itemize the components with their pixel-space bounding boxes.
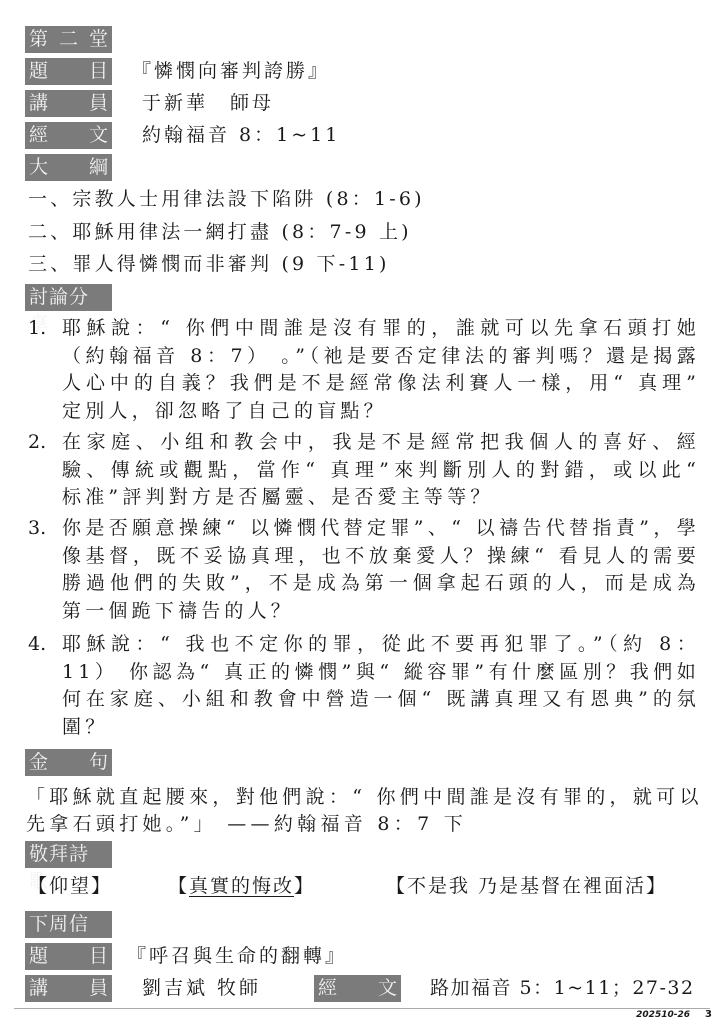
label-char: 員 xyxy=(89,975,108,1002)
label-char: 大 xyxy=(29,154,48,181)
label-char: 綱 xyxy=(89,154,108,181)
label-discussion: 討論分享 xyxy=(25,284,112,311)
bracket: 】 xyxy=(91,875,112,897)
label-scripture: 經 文 xyxy=(25,122,112,149)
label-char: 文 xyxy=(89,122,108,149)
golden-verse-text: 「耶穌就直起腰來，對他們說：“ 你們中間誰是沒有罪的，就可以先拿石頭打她。”」 … xyxy=(26,784,706,838)
label-char: 二 xyxy=(59,26,78,53)
label-char: 句 xyxy=(89,749,108,776)
song-name-underlined: 真實的悔改 xyxy=(189,875,294,897)
page-number: 3 xyxy=(705,1009,712,1020)
bracket: 【 xyxy=(28,875,49,897)
item-number: 4. xyxy=(28,631,46,659)
outline-item: 二、耶穌用律法一網打盡 (8：7-9 上) xyxy=(28,219,412,246)
outline-item: 三、罪人得憐憫而非審判 (9 下-11) xyxy=(28,251,390,278)
song-name: 不是我 乃是基督在裡面活 xyxy=(407,875,646,897)
label-char: 金 xyxy=(29,749,48,776)
label-char: 第 xyxy=(29,26,48,53)
label-next-scripture: 經 文 xyxy=(314,975,401,1002)
label-char: 講 xyxy=(29,90,48,117)
label-char: 經 xyxy=(318,975,337,1002)
label-char: 目 xyxy=(89,943,108,970)
label-title: 題 目 xyxy=(25,58,112,85)
bracket: 】 xyxy=(646,875,667,897)
label-char: 經 xyxy=(29,122,48,149)
discussion-item: 1. 耶穌說：“ 你們中間誰是沒有罪的，誰就可以先拿石頭打她 （約翰福音 8：7… xyxy=(28,315,700,425)
song-name: 仰望 xyxy=(49,875,91,897)
item-number: 2. xyxy=(28,429,46,457)
label-char: 堂 xyxy=(89,26,108,53)
discussion-item: 2. 在家庭、小组和教会中，我是不是經常把我個人的喜好、經驗、傳統或觀點，當作“… xyxy=(28,429,700,512)
label-next-week: 下周信息 xyxy=(25,911,112,938)
footer-divider xyxy=(14,1008,710,1009)
item-text: 你是否願意操練“ 以憐憫代替定罪”、“ 以禱告代替指責”，學像基督，既不妥協真理… xyxy=(62,515,700,625)
next-scripture-ref: 路加福音 5：1~11；27-32 xyxy=(430,975,695,1002)
discussion-item: 3. 你是否願意操練“ 以憐憫代替定罪”、“ 以禱告代替指責”，學像基督，既不妥… xyxy=(28,515,700,625)
scripture-ref: 約翰福音 8：1~11 xyxy=(142,122,340,149)
label-char: 文 xyxy=(378,975,397,1002)
item-number: 1. xyxy=(28,315,46,343)
item-text: 在家庭、小组和教会中，我是不是經常把我個人的喜好、經驗、傳統或觀點，當作“ 真理… xyxy=(62,429,700,512)
label-worship-songs: 敬拜詩歌 xyxy=(25,841,112,868)
label-speaker: 講 員 xyxy=(25,90,112,117)
label-char: 題 xyxy=(29,58,48,85)
outline-item: 一、宗教人士用律法設下陷阱 (8：1-6) xyxy=(28,186,425,213)
item-text: 耶穌說：“ 你們中間誰是沒有罪的，誰就可以先拿石頭打她 （約翰福音 8：7） 。… xyxy=(62,315,700,425)
label-char: 員 xyxy=(89,90,108,117)
bracket: 【 xyxy=(168,875,189,897)
song-item: 【不是我 乃是基督在裡面活】 xyxy=(386,873,667,900)
discussion-item: 4. 耶穌說：“ 我也不定你的罪，從此不要再犯罪了。”（約 8：11） 你認為“… xyxy=(28,631,700,741)
sermon-title: 『憐憫向審判誇勝』 xyxy=(132,58,330,85)
item-text: 耶穌說：“ 我也不定你的罪，從此不要再犯罪了。”（約 8：11） 你認為“ 真正… xyxy=(62,631,700,741)
speaker-name: 于新華 師母 xyxy=(142,90,274,117)
footer-date: 202510-26 xyxy=(636,1010,690,1020)
label-char: 題 xyxy=(29,943,48,970)
song-item: 【真實的悔改】 xyxy=(168,873,315,900)
label-char: 講 xyxy=(29,975,48,1002)
label-golden-verse: 金 句 xyxy=(25,749,112,776)
song-item: 【仰望】 xyxy=(28,873,112,900)
label-outline: 大 綱 xyxy=(25,154,112,181)
label-char: 目 xyxy=(89,58,108,85)
item-number: 3. xyxy=(28,515,46,543)
next-speaker-name: 劉吉斌 牧師 xyxy=(142,975,261,1002)
next-sermon-title: 『呼召與生命的翻轉』 xyxy=(127,943,347,970)
label-next-speaker: 講 員 xyxy=(25,975,112,1002)
label-session: 第 二 堂 xyxy=(25,26,112,53)
label-next-title: 題 目 xyxy=(25,943,112,970)
bracket: 【 xyxy=(386,875,407,897)
bracket: 】 xyxy=(294,875,315,897)
